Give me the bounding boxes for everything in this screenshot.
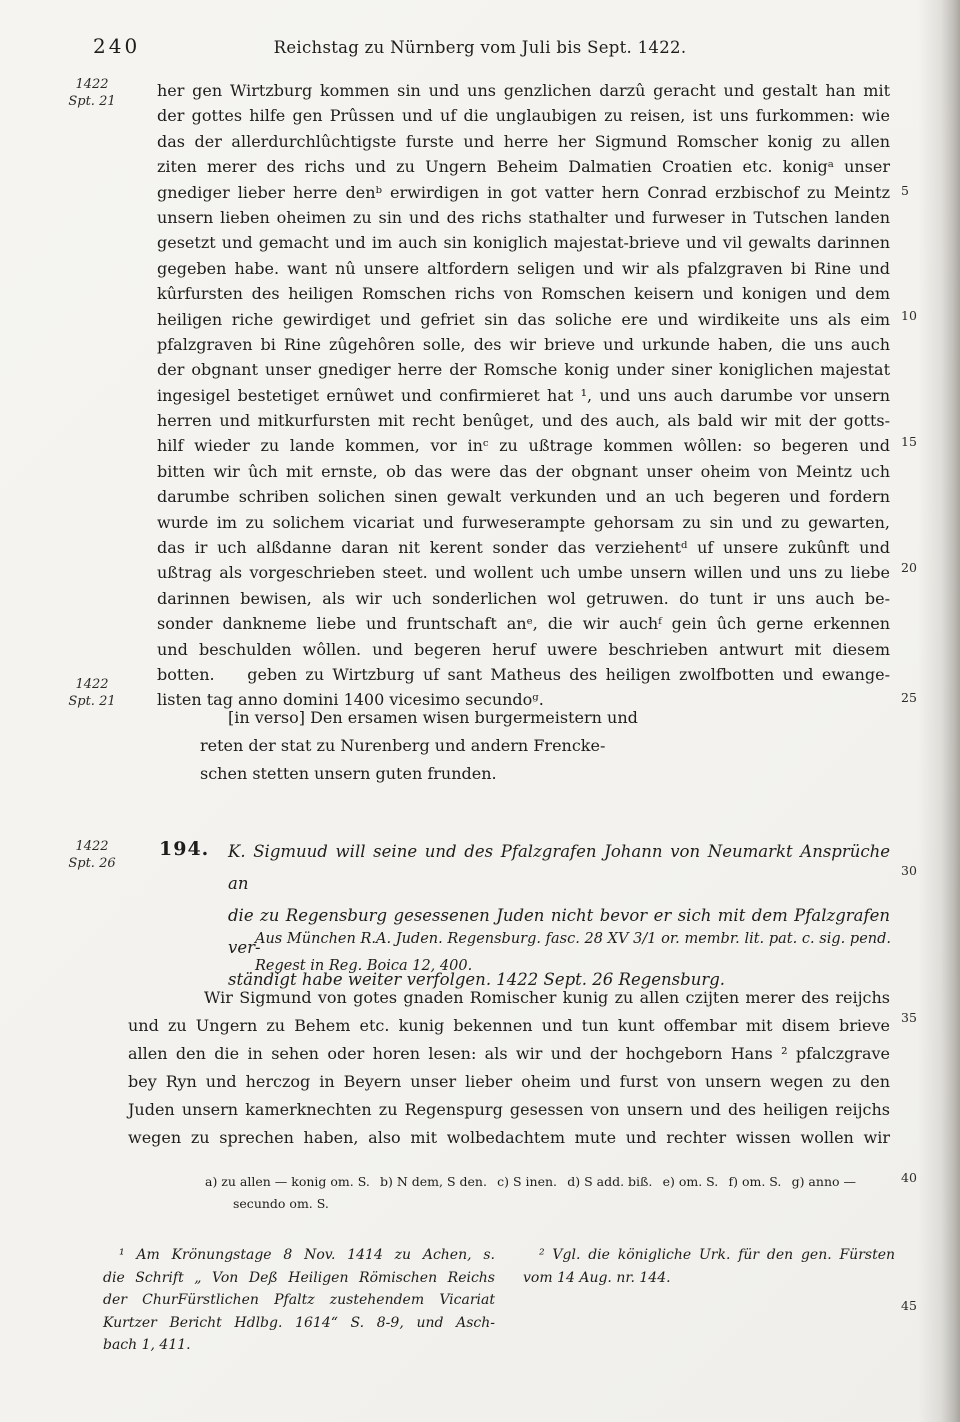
text-line: gesetzt und gemacht und im auch sin koni… <box>157 230 890 255</box>
text-line: ingesigel bestetiget ernûwet und confirm… <box>157 383 890 408</box>
footnote-line: vom 14 Aug. nr. 144. <box>523 1267 895 1290</box>
text-line: Wir Sigmund von gotes gnaden Romischer k… <box>128 984 890 1012</box>
margin-date-year: 1422 <box>40 76 144 93</box>
text-line: darinnen bewisen, als wir uch sonderlich… <box>157 586 890 611</box>
text-line: gegeben habe. want nû unsere altfordern … <box>157 256 890 281</box>
running-title: Reichstag zu Nürnberg vom Juli bis Sept.… <box>0 38 960 57</box>
text-line: bey Ryn und herczog in Beyern unser lieb… <box>128 1068 890 1096</box>
line-number: 30 <box>901 863 927 878</box>
text-line: und zu Ungern zu Behem etc. kunig bekenn… <box>128 1012 890 1040</box>
book-page: 240 Reichstag zu Nürnberg vom Juli bis S… <box>0 0 960 1422</box>
line-number: 45 <box>901 1298 927 1313</box>
margin-date-note: 1422 Spt. 21 <box>40 76 144 110</box>
document-193-text: her gen Wirtzburg kommen sin und uns gen… <box>157 78 890 713</box>
line-number: 20 <box>901 560 927 575</box>
footnote-line: die Schrift „ Von Deß Heiligen Römischen… <box>103 1267 495 1290</box>
line-number: 25 <box>901 690 927 705</box>
entry-number: 194. <box>159 838 209 860</box>
text-line: allen den die in sehen oder horen lesen:… <box>128 1040 890 1068</box>
critical-apparatus: a) zu allen — konig om. S. b) N dem, S d… <box>205 1171 905 1215</box>
footnote-line: ² Vgl. die königliche Urk. für den gen. … <box>523 1244 895 1267</box>
margin-date-day: Spt. 21 <box>40 693 144 710</box>
margin-date-year: 1422 <box>40 676 144 693</box>
text-line: der obgnant unser gnediger herre der Rom… <box>157 357 890 382</box>
text-line: darumbe schriben solichen sinen gewalt v… <box>157 484 890 509</box>
apparatus-line: secundo om. S. <box>205 1193 905 1215</box>
text-line: herren und mitkurfursten mit recht benûg… <box>157 408 890 433</box>
text-line: wegen zu sprechen haben, also mit wolbed… <box>128 1124 890 1152</box>
source-line: Regest in Reg. Boica 12, 400. <box>255 953 891 980</box>
text-line: das der allerdurchlûchtigste furste und … <box>157 129 890 154</box>
heading-line: K. Sigmuud will seine und des Pfalzgrafe… <box>228 836 890 900</box>
line-number: 35 <box>901 1010 927 1025</box>
footnote-line: Kurtzer Bericht Hdlbg. 1614“ S. 8-9, und… <box>103 1312 495 1335</box>
line-number: 15 <box>901 434 927 449</box>
margin-date-year: 1422 <box>40 838 144 855</box>
text-line: der gottes hilfe gen Prûssen und uf die … <box>157 103 890 128</box>
footnote-line: der ChurFürstlichen Pfaltz zustehendem V… <box>103 1289 495 1312</box>
margin-date-note: 1422 Spt. 26 <box>40 838 144 872</box>
text-line: her gen Wirtzburg kommen sin und uns gen… <box>157 78 890 103</box>
apparatus-line: a) zu allen — konig om. S. b) N dem, S d… <box>205 1171 905 1193</box>
text-line: ußtrag als vorgeschrieben steet. und wol… <box>157 560 890 585</box>
text-line: [in verso] Den ersamen wisen burgermeist… <box>200 704 760 732</box>
text-line: kûrfursten des heiligen Romschen richs v… <box>157 281 890 306</box>
text-line: ziten merer des richs und zu Ungern Behe… <box>157 154 890 179</box>
text-line: botten. geben zu Wirtzburg uf sant Mathe… <box>157 662 890 687</box>
line-number: 10 <box>901 308 927 323</box>
footnote-line: ¹ Am Krönungstage 8 Nov. 1414 zu Achen, … <box>103 1244 495 1267</box>
line-number: 5 <box>901 183 927 198</box>
text-line: heiligen riche gewirdiget und gefriet si… <box>157 307 890 332</box>
margin-date-note: 1422 Spt. 21 <box>40 676 144 710</box>
text-line: schen stetten unsern guten frunden. <box>200 760 760 788</box>
text-line: reten der stat zu Nurenberg und andern F… <box>200 732 760 760</box>
source-line: Aus München R.A. Juden. Regensburg. fasc… <box>255 926 891 953</box>
text-line: hilf wieder zu lande kommen, vor inᶜ zu … <box>157 433 890 458</box>
text-line: unsern lieben oheimen zu sin und des ric… <box>157 205 890 230</box>
footnote-line: bach 1, 411. <box>103 1334 495 1357</box>
text-line: das ir uch alßdanne daran nit kerent son… <box>157 535 890 560</box>
binding-shadow <box>918 0 960 1422</box>
text-line: gnediger lieber herre denᵇ erwirdigen in… <box>157 180 890 205</box>
entry-194-text: Wir Sigmund von gotes gnaden Romischer k… <box>128 984 890 1152</box>
text-line: wurde im zu solichem vicariat und furwes… <box>157 510 890 535</box>
text-line: pfalzgraven bi Rine zûgehôren solle, des… <box>157 332 890 357</box>
footnote-2: ² Vgl. die königliche Urk. für den gen. … <box>523 1244 895 1289</box>
margin-date-day: Spt. 26 <box>40 855 144 872</box>
margin-date-day: Spt. 21 <box>40 93 144 110</box>
text-line: bitten wir ûch mit ernste, ob das were d… <box>157 459 890 484</box>
verso-address: [in verso] Den ersamen wisen burgermeist… <box>200 704 760 788</box>
text-line: Juden unsern kamerknechten zu Regenspurg… <box>128 1096 890 1124</box>
text-line: und beschulden wôllen. und begeren heruf… <box>157 637 890 662</box>
entry-194-source: Aus München R.A. Juden. Regensburg. fasc… <box>255 926 891 980</box>
footnote-1: ¹ Am Krönungstage 8 Nov. 1414 zu Achen, … <box>103 1244 495 1357</box>
text-line: sonder dankneme liebe und fruntschaft an… <box>157 611 890 636</box>
